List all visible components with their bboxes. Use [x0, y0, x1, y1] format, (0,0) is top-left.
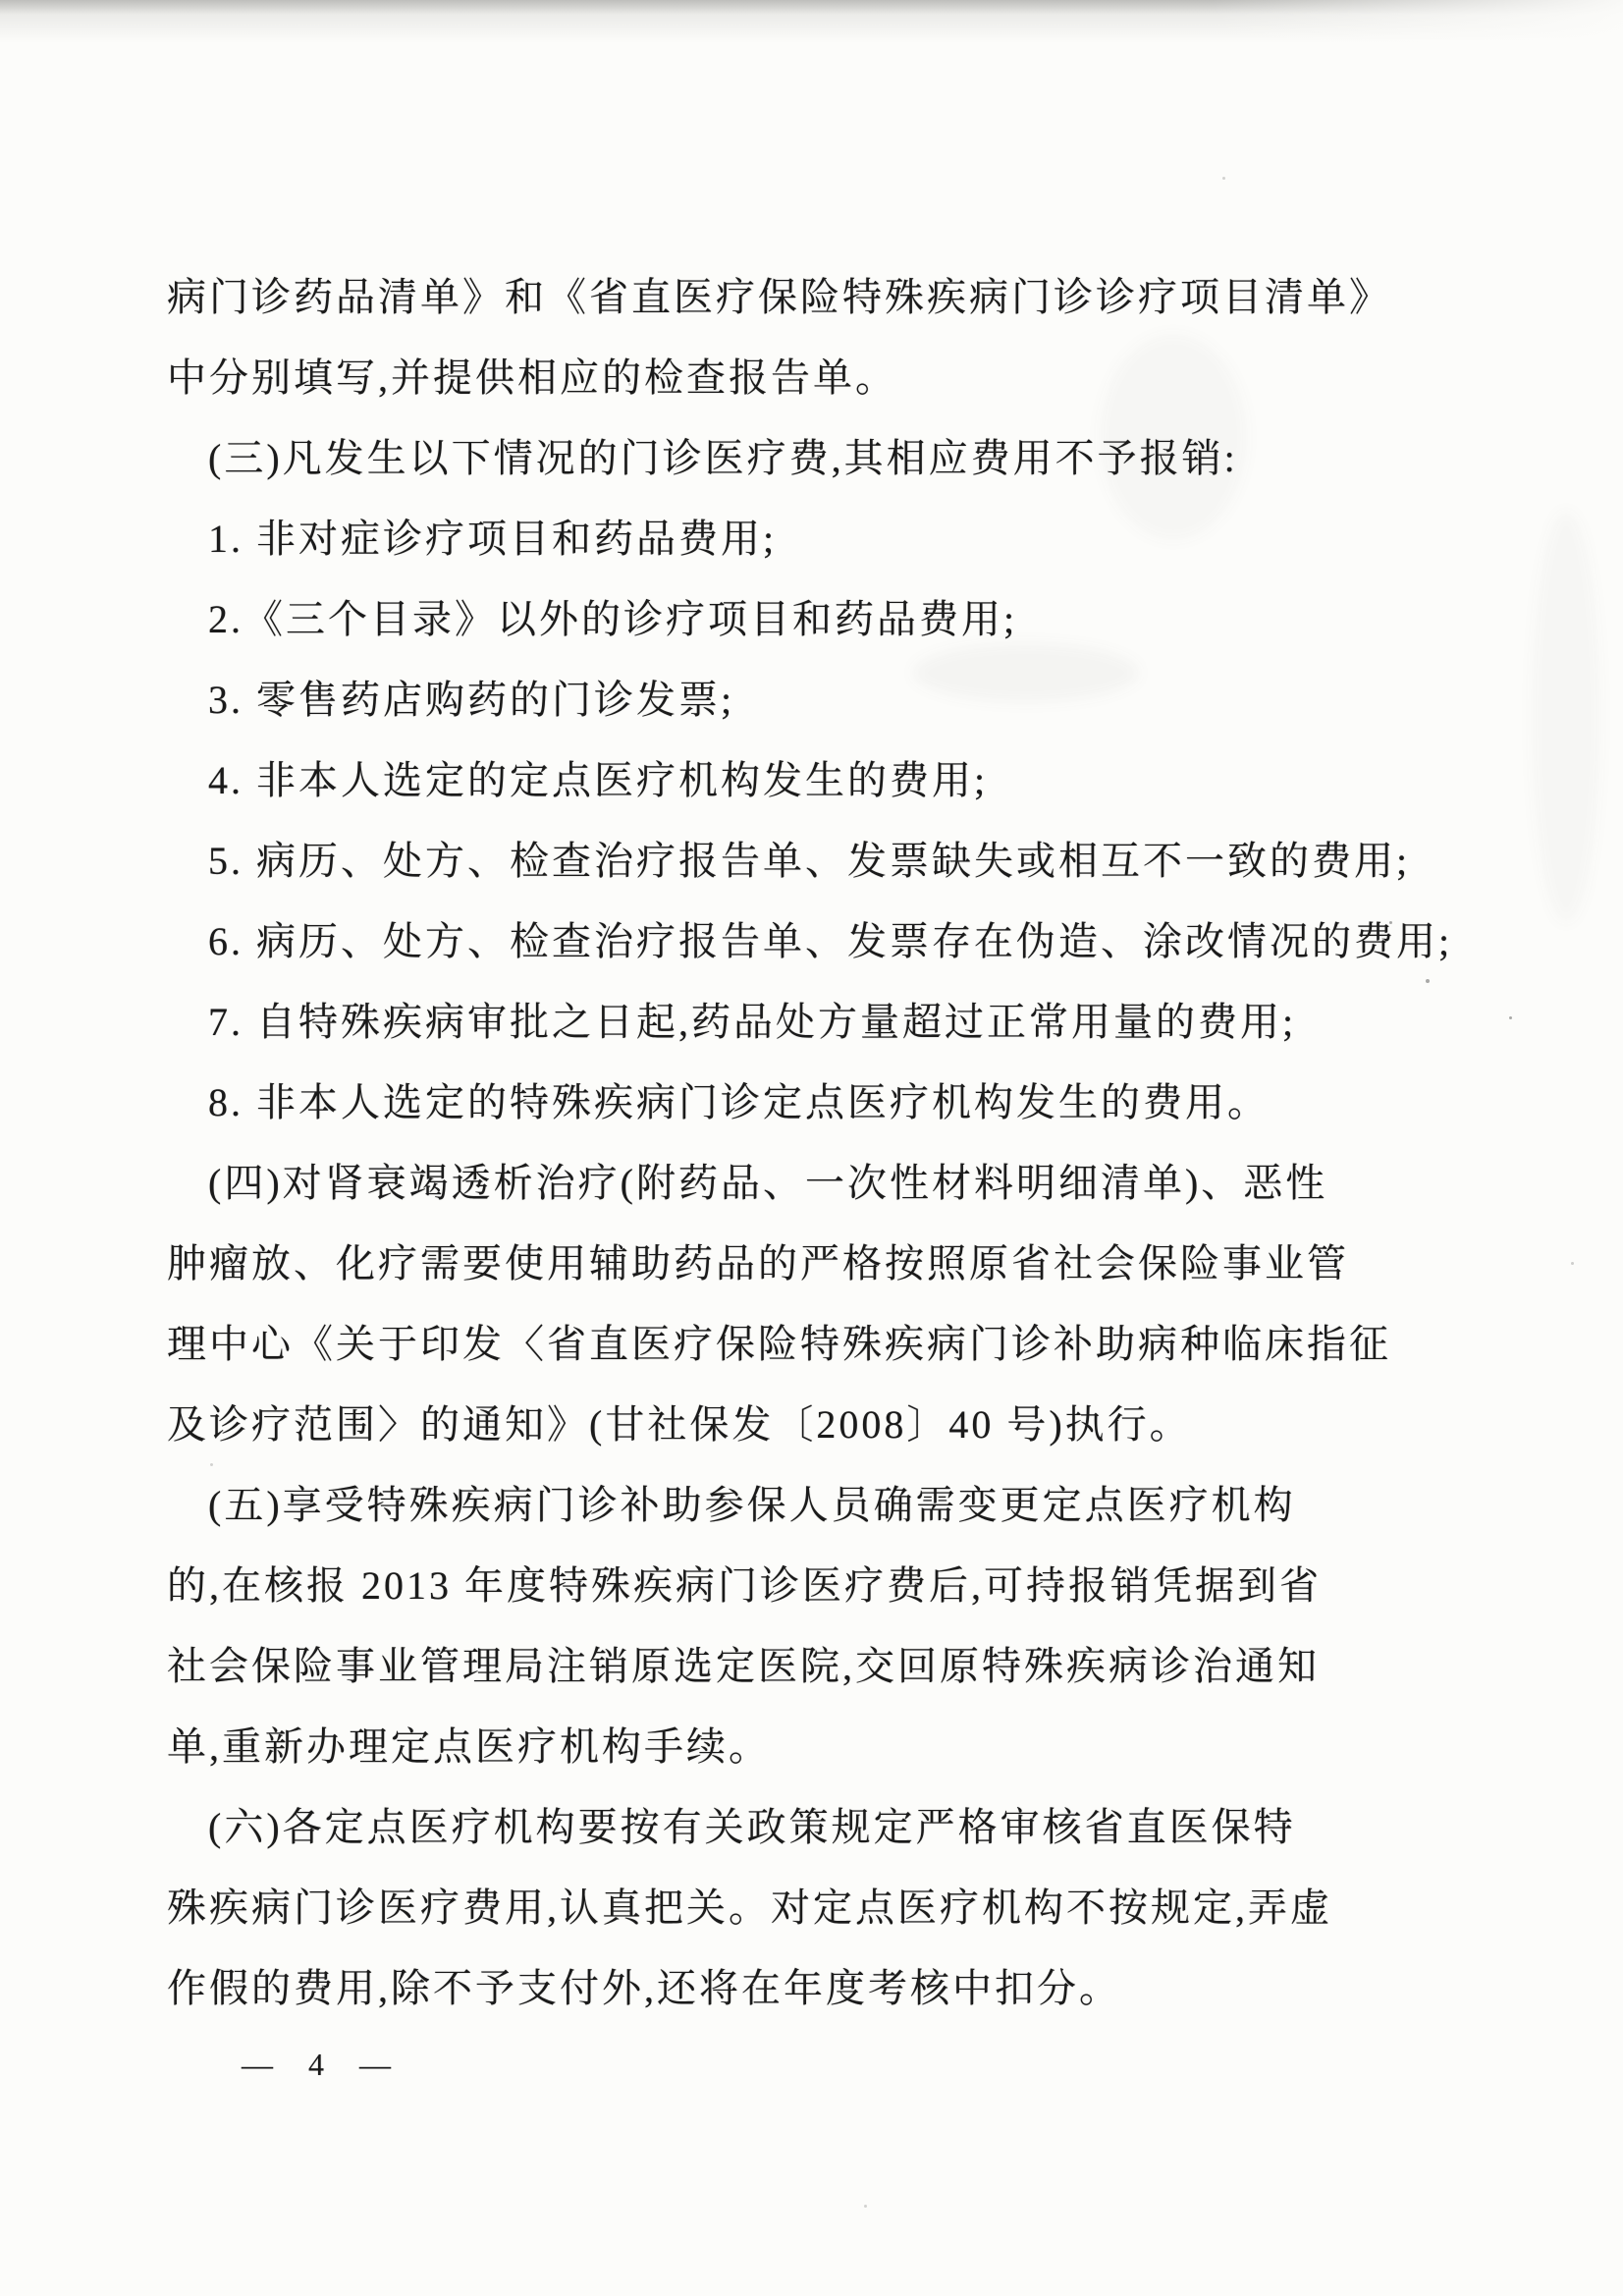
scan-speck	[864, 2205, 867, 2208]
text-line: 殊疾病门诊医疗费用,认真把关。对定点医疗机构不按规定,弄虚	[167, 1868, 1419, 1948]
text-line: (三)凡发生以下情况的门诊医疗费,其相应费用不予报销:	[167, 418, 1419, 499]
page-number: — 4 —	[242, 2049, 405, 2080]
text-line: 7. 自特殊疾病审批之日起,药品处方量超过正常用量的费用;	[167, 982, 1419, 1063]
text-line: 5. 病历、处方、检查治疗报告单、发票缺失或相互不一致的费用;	[167, 821, 1419, 902]
text-line: 3. 零售药店购药的门诊发票;	[167, 660, 1419, 740]
text-line: 4. 非本人选定的定点医疗机构发生的费用;	[167, 740, 1419, 821]
text-line: (五)享受特殊疾病门诊补助参保人员确需变更定点医疗机构	[167, 1465, 1419, 1546]
text-line: 的,在核报 2013 年度特殊疾病门诊医疗费后,可持报销凭据到省	[167, 1546, 1419, 1626]
text-line: (六)各定点医疗机构要按有关政策规定严格审核省直医保特	[167, 1787, 1419, 1868]
scan-speck	[1571, 1262, 1574, 1265]
text-line: 1. 非对症诊疗项目和药品费用;	[167, 499, 1419, 579]
scan-edge-highlight	[1211, 0, 1623, 59]
scan-edge-shadow	[0, 0, 1623, 43]
text-line: 单,重新办理定点医疗机构手续。	[167, 1707, 1419, 1787]
scanned-document-page: 病门诊药品清单》和《省直医疗保险特殊疾病门诊诊疗项目清单》中分别填写,并提供相应…	[0, 0, 1623, 2296]
text-line: 及诊疗范围〉的通知》(甘社保发〔2008〕40 号)执行。	[167, 1385, 1419, 1465]
text-line: 肿瘤放、化疗需要使用辅助药品的严格按照原省社会保险事业管	[167, 1224, 1419, 1304]
text-line: 6. 病历、处方、检查治疗报告单、发票存在伪造、涂改情况的费用;	[167, 902, 1419, 982]
text-line: 2.《三个目录》以外的诊疗项目和药品费用;	[167, 579, 1419, 660]
scan-smudge	[1532, 511, 1600, 923]
text-line: 理中心《关于印发〈省直医疗保险特殊疾病门诊补助病种临床指征	[167, 1304, 1419, 1385]
document-body: 病门诊药品清单》和《省直医疗保险特殊疾病门诊诊疗项目清单》中分别填写,并提供相应…	[167, 257, 1419, 2029]
text-line: 中分别填写,并提供相应的检查报告单。	[167, 338, 1419, 418]
scan-speck	[1509, 1016, 1512, 1019]
scan-speck	[1222, 177, 1225, 180]
text-line: 社会保险事业管理局注销原选定医院,交回原特殊疾病诊治通知	[167, 1626, 1419, 1707]
text-line: 8. 非本人选定的特殊疾病门诊定点医疗机构发生的费用。	[167, 1063, 1419, 1143]
text-line: 病门诊药品清单》和《省直医疗保险特殊疾病门诊诊疗项目清单》	[167, 257, 1419, 338]
text-line: 作假的费用,除不予支付外,还将在年度考核中扣分。	[167, 1948, 1419, 2029]
text-line: (四)对肾衰竭透析治疗(附药品、一次性材料明细清单)、恶性	[167, 1143, 1419, 1224]
